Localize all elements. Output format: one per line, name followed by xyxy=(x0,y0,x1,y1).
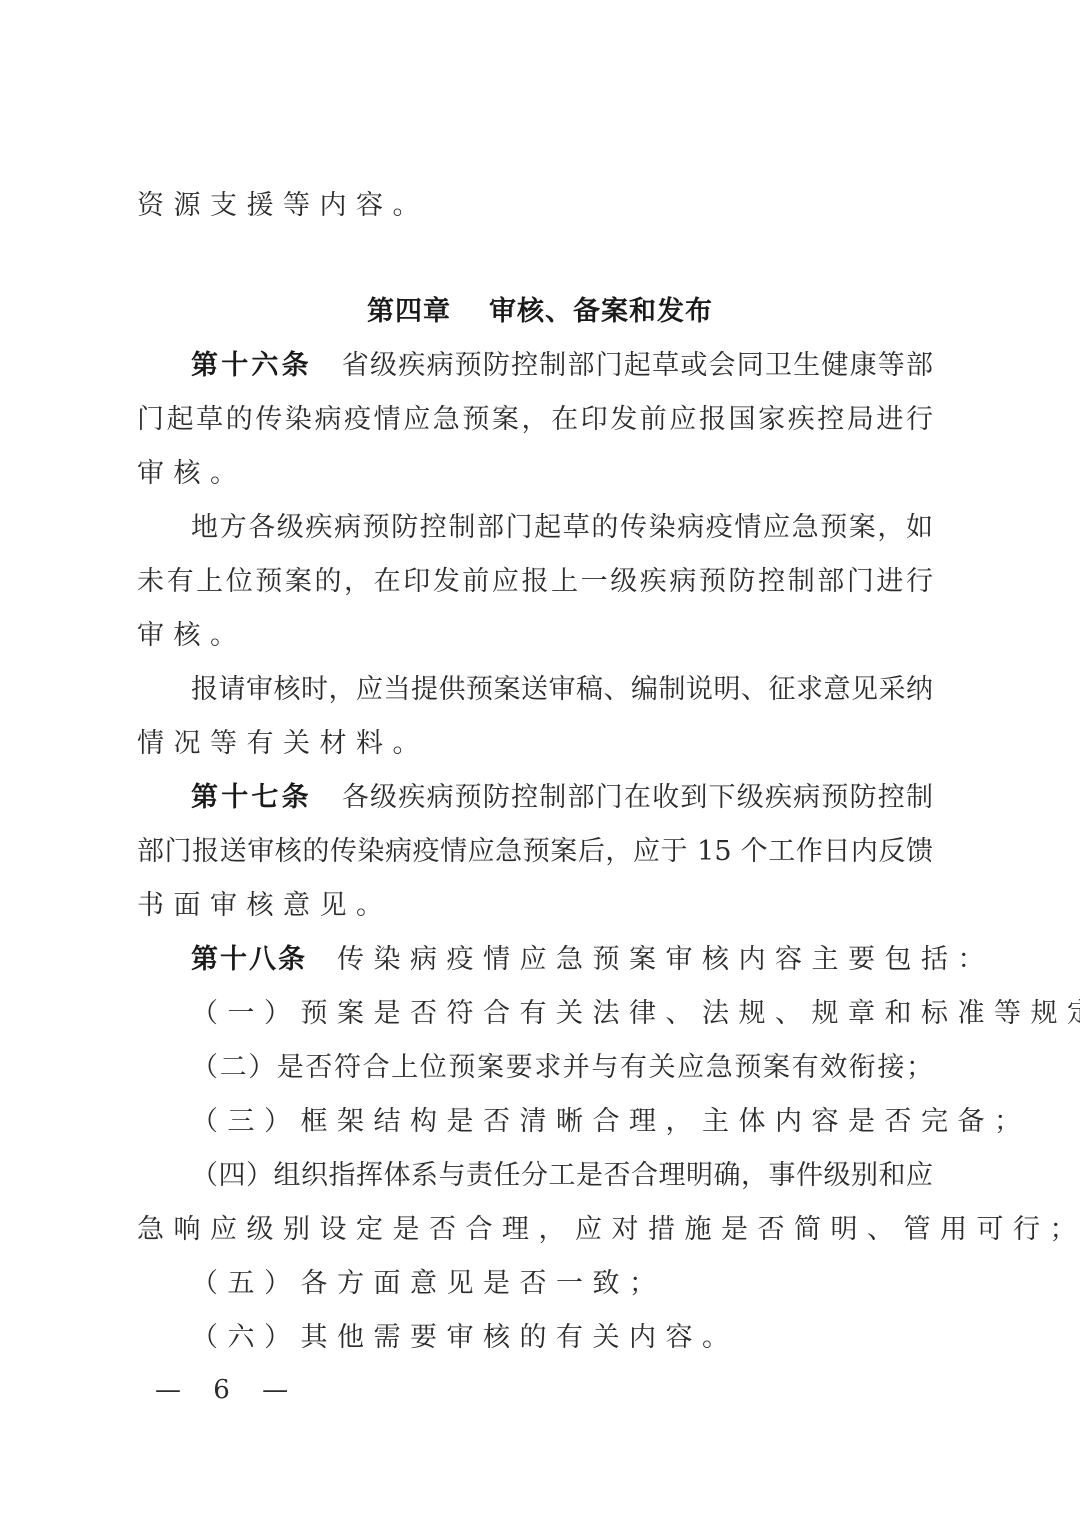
article-17-line-3: 书面审核意见。 xyxy=(137,888,933,924)
article-18-line-1: 第十八条传染病疫情应急预案审核内容主要包括： xyxy=(191,942,933,978)
article-16-line-2: 门起草的传染病疫情应急预案，在印发前应报国家疾控局进行 xyxy=(137,402,933,438)
paragraph-line: 情况等有关材料。 xyxy=(137,726,933,762)
article-16-line-3: 审核。 xyxy=(137,456,933,492)
list-item: （四）组织指挥体系与责任分工是否合理明确，事件级别和应 xyxy=(191,1158,933,1194)
paragraph-line: 地方各级疾病预防控制部门起草的传染病疫情应急预案，如 xyxy=(191,510,933,546)
article-label: 第十八条 xyxy=(191,944,307,975)
list-item: （三）框架结构是否清晰合理，主体内容是否完备； xyxy=(191,1104,933,1140)
list-item-continuation: 急响应级别设定是否合理，应对措施是否简明、管用可行； xyxy=(137,1212,933,1248)
list-item: （二）是否符合上位预案要求并与有关应急预案有效衔接； xyxy=(191,1050,933,1086)
article-17-line-1: 第十七条各级疾病预防控制部门在收到下级疾病预防控制 xyxy=(191,780,933,816)
list-item: （六）其他需要审核的有关内容。 xyxy=(191,1320,933,1356)
article-label: 第十六条 xyxy=(191,350,312,381)
chapter-number: 第四章 xyxy=(367,296,451,327)
page-number: — 6 — xyxy=(155,1372,300,1408)
list-item: （五）各方面意见是否一致； xyxy=(191,1266,933,1302)
article-label: 第十七条 xyxy=(191,782,312,813)
paragraph-line: 资源支援等内容。 xyxy=(137,188,933,224)
list-item: （一）预案是否符合有关法律、法规、规章和标准等规定； xyxy=(191,996,933,1032)
article-16-line-1: 第十六条省级疾病预防控制部门起草或会同卫生健康等部 xyxy=(191,348,933,384)
chapter-heading: 第四章审核、备案和发布 xyxy=(0,294,1080,330)
paragraph-line: 报请审核时，应当提供预案送审稿、编制说明、征求意见采纳 xyxy=(191,672,933,708)
paragraph-line: 未有上位预案的，在印发前应报上一级疾病预防控制部门进行 xyxy=(137,564,933,600)
paragraph-line: 审核。 xyxy=(137,618,933,654)
article-17-line-2: 部门报送审核的传染病疫情应急预案后，应于 15 个工作日内反馈 xyxy=(137,834,933,870)
chapter-title: 审核、备案和发布 xyxy=(489,296,713,327)
